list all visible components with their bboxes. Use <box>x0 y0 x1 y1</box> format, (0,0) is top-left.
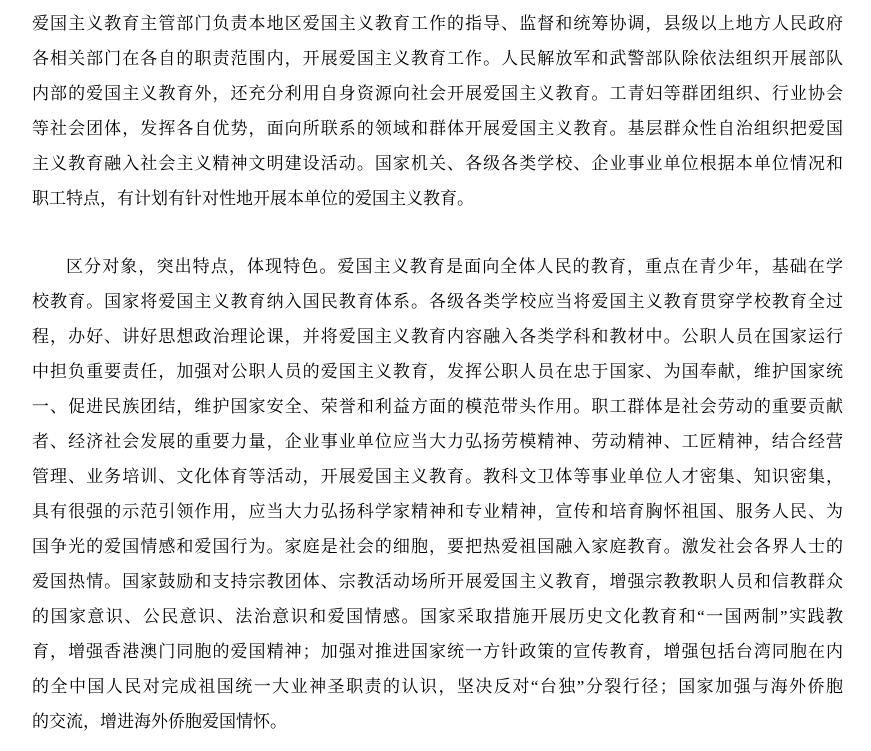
text-line: 管理、业务培训、文化体育等活动，开展爱国主义教育。教科文卫体等事业单位人才密集、… <box>32 459 843 494</box>
paragraph-2: 区分对象，突出特点，体现特色。爱国主义教育是面向全体人民的教育，重点在青少年，基… <box>32 249 843 739</box>
text-line: 职工特点，有计划有针对性地开展本单位的爱国主义教育。 <box>32 181 843 216</box>
text-line: 程，办好、讲好思想政治理论课，并将爱国主义教育内容融入各类学科和教材中。公职人员… <box>32 319 843 354</box>
text-line: 等社会团体，发挥各自优势，面向所联系的领域和群体开展爱国主义教育。基层群众性自治… <box>32 111 843 146</box>
text-line: 的全中国人民对完成祖国统一大业神圣职责的认识，坚决反对“台独”分裂行径；国家加强… <box>32 669 843 704</box>
text-line: 的交流，增进海外侨胞爱国情怀。 <box>32 704 843 739</box>
text-line: 爱国主义教育主管部门负责本地区爱国主义教育工作的指导、监督和统筹协调，县级以上地… <box>32 6 843 41</box>
text-line: 内部的爱国主义教育外，还充分利用自身资源向社会开展爱国主义教育。工青妇等群团组织… <box>32 76 843 111</box>
text-line: 国争光的爱国情感和爱国行为。家庭是社会的细胞，要把热爱祖国融入家庭教育。激发社会… <box>32 529 843 564</box>
text-line: 者、经济社会发展的重要力量，企业事业单位应当大力弘扬劳模精神、劳动精神、工匠精神… <box>32 424 843 459</box>
text-line: 具有很强的示范引领作用，应当大力弘扬科学家精神和专业精神，宣传和培育胸怀祖国、服… <box>32 494 843 529</box>
text-line: 中担负重要责任，加强对公职人员的爱国主义教育，发挥公职人员在忠于国家、为国奉献，… <box>32 354 843 389</box>
text-line: 区分对象，突出特点，体现特色。爱国主义教育是面向全体人民的教育，重点在青少年，基… <box>32 249 843 284</box>
text-line: 各相关部门在各自的职责范围内，开展爱国主义教育工作。人民解放军和武警部队除依法组… <box>32 41 843 76</box>
text-line: 一、促进民族团结，维护国家安全、荣誉和利益方面的模范带头作用。职工群体是社会劳动… <box>32 389 843 424</box>
text-line: 的国家意识、公民意识、法治意识和爱国情感。国家采取措施开展历史文化教育和“一国两… <box>32 599 843 634</box>
text-line: 校教育。国家将爱国主义教育纳入国民教育体系。各级各类学校应当将爱国主义教育贯穿学… <box>32 284 843 319</box>
paragraph-1: 爱国主义教育主管部门负责本地区爱国主义教育工作的指导、监督和统筹协调，县级以上地… <box>32 6 843 216</box>
document-page: 爱国主义教育主管部门负责本地区爱国主义教育工作的指导、监督和统筹协调，县级以上地… <box>0 0 871 751</box>
text-line: 爱国热情。国家鼓励和支持宗教团体、宗教活动场所开展爱国主义教育，增强宗教教职人员… <box>32 564 843 599</box>
text-line: 主义教育融入社会主义精神文明建设活动。国家机关、各级各类学校、企业事业单位根据本… <box>32 146 843 181</box>
text-line: 育，增强香港澳门同胞的爱国精神；加强对推进国家统一方针政策的宣传教育，增强包括台… <box>32 634 843 669</box>
